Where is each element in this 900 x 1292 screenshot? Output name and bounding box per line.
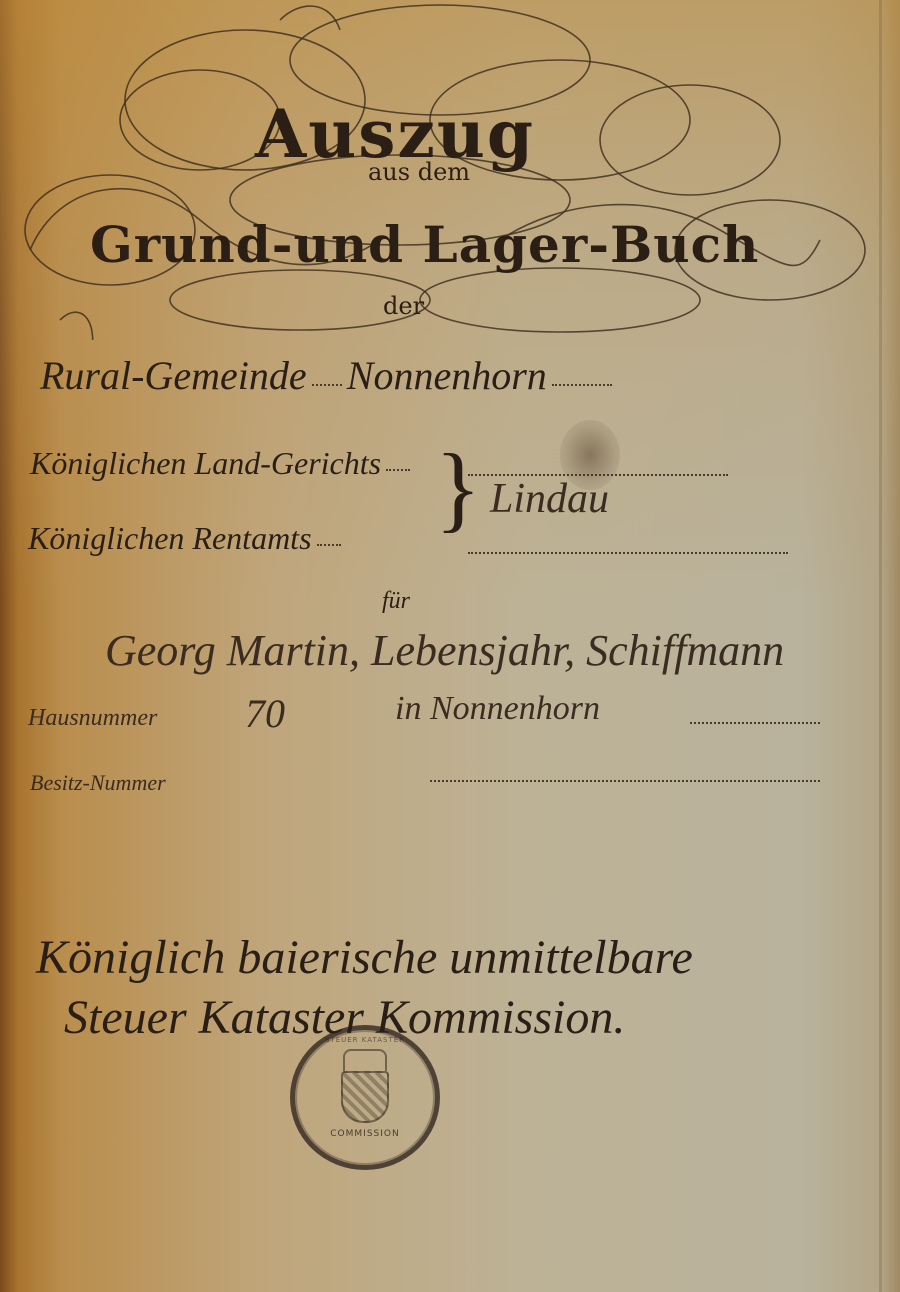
dotted-leader	[468, 552, 788, 554]
residence-dots	[690, 712, 820, 731]
connector-text: der	[383, 292, 424, 320]
house-number-value: 70	[245, 690, 285, 737]
stamp-label: COMMISSION	[330, 1129, 399, 1139]
coat-of-arms-icon	[341, 1071, 389, 1123]
stamp-ring-text: STEUER KATASTER	[295, 1036, 435, 1044]
municipality-value: Nonnenhorn	[347, 353, 547, 398]
residence-value: in Nonnenhorn	[395, 690, 600, 728]
municipality-label: Rural-Gemeinde	[40, 353, 307, 398]
grouping-brace: }	[435, 440, 481, 536]
court-label: Königlichen Land-Gerichts	[30, 445, 381, 481]
office-dots	[468, 542, 788, 561]
document-subtitle: aus dem	[368, 158, 470, 186]
dotted-leader	[312, 384, 342, 386]
office-label: Königlichen Rentamts	[28, 520, 312, 556]
court-row: Königlichen Land-Gerichts	[30, 445, 410, 482]
crown-icon	[343, 1049, 387, 1071]
district-value: Lindau	[490, 475, 609, 523]
official-seal-stamp: STEUER KATASTER COMMISSION	[290, 1025, 440, 1170]
dotted-leader	[690, 722, 820, 724]
dotted-leader	[552, 384, 612, 386]
dotted-leader	[430, 780, 820, 782]
office-row: Königlichen Rentamts	[28, 520, 341, 557]
book-title: Grund-und Lager-Buch	[90, 215, 759, 274]
owner-line: Georg Martin, Lebensjahr, Schiffmann	[105, 625, 784, 676]
possession-number-label: Besitz-Nummer	[30, 770, 166, 796]
authority-line-1: Königlich baierische unmittelbare	[36, 930, 693, 985]
municipality-row: Rural-Gemeinde Nonnenhorn	[40, 352, 612, 399]
for-label: für	[382, 588, 410, 615]
possession-dots	[430, 770, 820, 789]
dotted-leader	[386, 469, 410, 471]
dotted-leader	[317, 544, 341, 546]
house-number-label: Hausnummer	[28, 705, 157, 732]
